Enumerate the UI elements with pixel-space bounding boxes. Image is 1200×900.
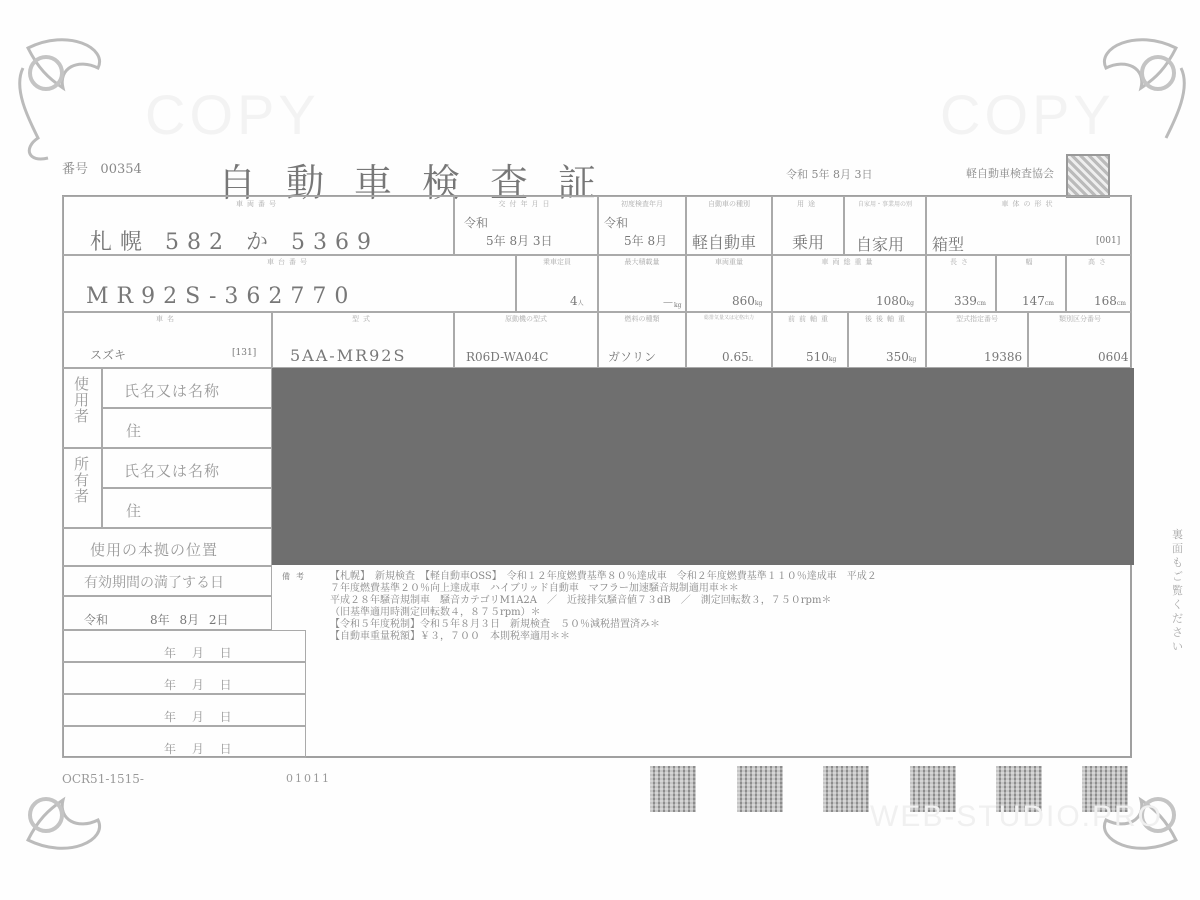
category-number-value: 0604 — [1098, 350, 1129, 364]
body-shape-code: [001] — [1096, 236, 1120, 246]
header-issue-date: 交付年月日 — [454, 199, 598, 209]
document-number: 番号 00354 — [62, 158, 142, 177]
displacement-unit: L — [749, 356, 753, 363]
validity-blank-row-text: 年 月 日 — [164, 740, 232, 757]
header-chassis-number: 車台番号 — [62, 257, 516, 267]
header-vehicle-weight: 車両重量 — [686, 257, 772, 267]
side-note: 裏面もご覧ください — [1172, 528, 1186, 654]
validity-label: 有効期間の満了する日 — [84, 572, 224, 592]
qr-code-icon — [823, 766, 869, 812]
type-designation-value: 19386 — [984, 350, 1022, 364]
header-displacement: 総排気量又は定格出力 — [686, 314, 772, 321]
header-body-shape: 車体の形状 — [926, 199, 1132, 209]
validity-blank-row-text: 年 月 日 — [164, 644, 232, 661]
redacted-personal-info — [272, 368, 1134, 565]
validity-blank-row-text: 年 月 日 — [164, 676, 232, 693]
user-name-label: 氏名又は名称 — [124, 380, 220, 401]
front-axle-unit: kg — [829, 356, 836, 363]
corner-ornament-top-left — [8, 28, 118, 168]
length-unit: cm — [977, 300, 986, 307]
header-model: 型式 — [272, 314, 454, 324]
fuel-value: ガソリン — [608, 348, 656, 365]
displacement-value: 0.65 — [722, 350, 749, 364]
footer-code-left: OCR51-1515- — [62, 772, 144, 786]
use-value: 乗用 — [792, 230, 824, 253]
gross-weight-unit: kg — [907, 300, 914, 307]
vehicle-type-value: 軽自動車 — [692, 230, 756, 253]
width-unit: cm — [1045, 300, 1054, 307]
engine-model-value: R06D-WA04C — [466, 350, 548, 364]
validity-date: 8年 8月 2日 — [150, 611, 229, 628]
document-number-label: 番号 — [62, 162, 88, 177]
validity-blank-row-text: 年 月 日 — [164, 708, 232, 725]
front-axle-value: 510 — [806, 350, 829, 364]
header-capacity: 乗車定員 — [516, 257, 598, 267]
header-rear-axle: 後後軸重 — [848, 314, 926, 324]
rear-axle-value: 350 — [886, 350, 909, 364]
height-unit: cm — [1117, 300, 1126, 307]
model-value: 5AA-MR92S — [290, 346, 406, 365]
header-category-number: 類別区分番号 — [1028, 314, 1132, 324]
private-business-value: 自家用 — [856, 232, 904, 255]
header-max-load: 最大積載量 — [598, 257, 686, 267]
footer-watermark: WEB-STUDIO.PRO — [870, 800, 1163, 834]
rear-axle-unit: kg — [909, 356, 916, 363]
issue-date-value: 5年 8月 3日 — [486, 232, 553, 249]
first-registration-value: 5年 8月 — [624, 232, 667, 249]
length-value: 339 — [954, 294, 977, 308]
vehicle-weight-value: 860 — [732, 294, 755, 308]
header-length: 長さ — [926, 257, 996, 267]
user-group-label: 使用者 — [74, 376, 90, 424]
vehicle-number: 札幌 582 か 5369 — [90, 225, 379, 256]
first-registration-era: 令和 — [604, 214, 628, 231]
header-vehicle-type: 自動車の種別 — [686, 199, 772, 209]
maker-code: [131] — [232, 348, 256, 358]
max-load-unit: kg — [674, 302, 681, 309]
capacity-value: 4 — [570, 294, 578, 308]
owner-group-label: 所有者 — [74, 456, 90, 504]
maker-value: スズキ — [90, 346, 126, 363]
header-height: 高さ — [1066, 257, 1132, 267]
header-first-registration: 初度検査年月 — [598, 199, 686, 209]
gross-weight-value: 1080 — [876, 294, 907, 308]
header-fuel: 燃料の種類 — [598, 314, 686, 324]
issue-date-era: 令和 — [464, 214, 488, 231]
base-location-label: 使用の本拠の位置 — [90, 539, 218, 560]
remarks-label: 備考 — [282, 571, 310, 582]
header-gross-weight: 車両総重量 — [772, 257, 926, 267]
width-value: 147 — [1022, 294, 1045, 308]
issuer-name: 軽自動車検査協会 — [966, 165, 1054, 181]
qr-code-icon — [737, 766, 783, 812]
header-width: 幅 — [996, 257, 1066, 267]
max-load-value: － — [662, 296, 674, 310]
height-value: 168 — [1094, 294, 1117, 308]
document-number-value: 00354 — [100, 162, 141, 177]
header-vehicle-number: 車両番号 — [62, 199, 454, 209]
header-type-designation: 型式指定番号 — [926, 314, 1028, 324]
owner-name-label: 氏名又は名称 — [124, 460, 220, 481]
qr-code-icon — [650, 766, 696, 812]
header-private-business: 自家用・事業用の別 — [844, 199, 926, 208]
vehicle-weight-unit: kg — [755, 300, 762, 307]
validity-era: 令和 — [84, 611, 108, 628]
header-engine-model: 原動機の型式 — [454, 314, 598, 324]
header-front-axle: 前前軸重 — [772, 314, 848, 324]
remarks-text: 【札幌】 新規検査 【軽自動車OSS】 令和１２年度燃費基準８０％達成車 令和２… — [330, 571, 877, 643]
chassis-number-value: MR92S-362770 — [86, 284, 356, 309]
header-maker: 車名 — [62, 314, 272, 324]
header-use: 用途 — [772, 199, 844, 209]
footer-code-mid: 01011 — [286, 772, 331, 785]
capacity-unit: 人 — [578, 300, 584, 307]
copy-watermark-right: COPY — [940, 82, 1115, 147]
issue-date: 令和 5年 8月 3日 — [786, 166, 873, 182]
issuer-seal-icon — [1066, 154, 1110, 198]
body-shape-value: 箱型 — [932, 232, 964, 255]
copy-watermark-left: COPY — [145, 82, 320, 147]
